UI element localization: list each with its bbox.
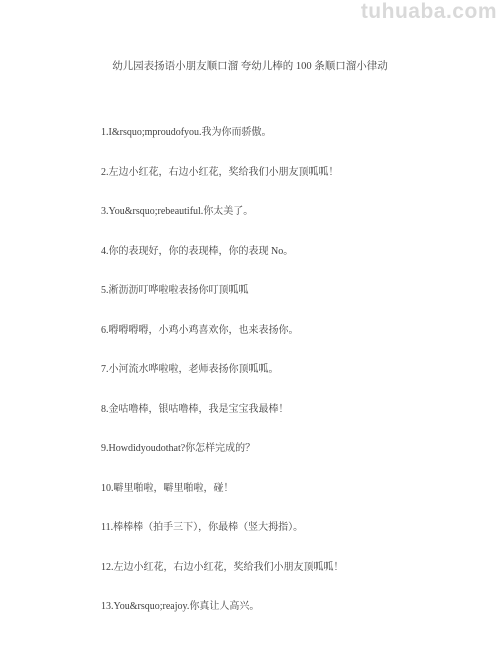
- site-watermark: tuhuaba.com: [361, 1, 497, 22]
- list-item: 9.Howdidyoudothat?你怎样完成的？: [101, 443, 440, 455]
- page-title: 幼儿园表扬语小朋友顺口溜 夸幼儿棒的 100 条顺口溜小律动: [0, 61, 500, 73]
- list-item: 7.小河流水哗啦啦，老师表扬你顶呱呱。: [101, 364, 440, 376]
- list-item: 10.噼里啪啦，噼里啪啦，碰！: [101, 483, 440, 495]
- document-page: 幼儿园表扬语小朋友顺口溜 夸幼儿棒的 100 条顺口溜小律动 1.I&rsquo…: [0, 0, 500, 613]
- list-item: 5.淅沥沥叮哗啦啦表扬你叮顶呱呱: [101, 285, 440, 297]
- list-item: 11.棒棒棒（拍手三下），你最棒（竖大拇指）。: [101, 522, 440, 534]
- list-item: 3.You&rsquo;rebeautiful.你太美了。: [101, 206, 440, 218]
- list-item: 1.I&rsquo;mproudofyou.我为你而骄傲。: [101, 127, 440, 139]
- list-item: 4.你的表现好，你的表现棒，你的表现 No。: [101, 246, 440, 258]
- list-item: 6.嘚嘚嘚嘚，小鸡小鸡喜欢你，也来表扬你。: [101, 325, 440, 337]
- list-item: 8.金咕噜棒，银咕噜棒，我是宝宝我最棒！: [101, 404, 440, 416]
- praise-list: 1.I&rsquo;mproudofyou.我为你而骄傲。 2.左边小红花，右边…: [0, 127, 500, 613]
- list-item: 13.You&rsquo;reajoy.你真让人高兴。: [101, 601, 440, 613]
- list-item: 12.左边小红花，右边小红花，奖给我们小朋友顶呱呱！: [101, 562, 440, 574]
- list-item: 2.左边小红花，右边小红花，奖给我们小朋友顶呱呱！: [101, 167, 440, 179]
